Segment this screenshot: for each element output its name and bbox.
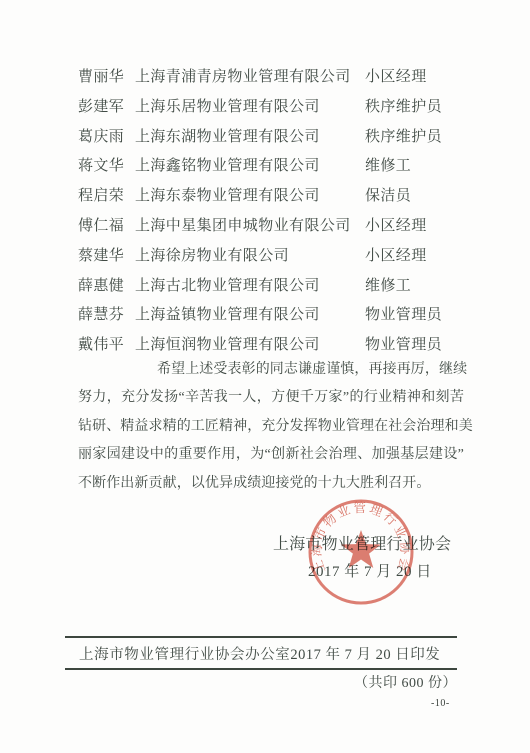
awardee-company: 上海乐居物业管理有限公司 (135, 93, 320, 123)
awardee-title: 保洁员 (365, 182, 411, 212)
awardee-name: 傅仁福 (78, 212, 124, 242)
closing-paragraph: 希望上述受表彰的同志谦虚谨慎，再接再厉，继续 努力，充分发扬“辛苦我一人，方便千… (78, 356, 464, 498)
awardee-title: 小区经理 (365, 63, 427, 93)
awardee-company: 上海东泰物业管理有限公司 (135, 182, 320, 212)
table-row: 蔡建华 上海徐房物业有限公司 小区经理 (78, 242, 478, 272)
awardee-name: 曹丽华 (78, 63, 124, 93)
awardee-title: 秩序维护员 (365, 123, 442, 153)
awardee-name: 程启荣 (78, 182, 124, 212)
awardee-title: 小区经理 (365, 212, 427, 242)
awardee-name: 葛庆雨 (78, 123, 124, 153)
table-row: 程启荣 上海东泰物业管理有限公司 保洁员 (78, 182, 478, 212)
awardee-title: 维修工 (365, 272, 411, 302)
awardee-company: 上海青浦青房物业管理有限公司 (135, 63, 351, 93)
table-row: 曹丽华 上海青浦青房物业管理有限公司 小区经理 (78, 63, 478, 93)
awardee-title: 小区经理 (365, 242, 427, 272)
paragraph-line: 努力，充分发扬“辛苦我一人，方便千万家”的行业精神和刻苦 (78, 384, 464, 412)
awardee-table: 曹丽华 上海青浦青房物业管理有限公司 小区经理 彭建军 上海乐居物业管理有限公司… (78, 63, 478, 361)
footer-bar: 上海市物业管理行业协会办公室 2017 年 7 月 20 日印发 (65, 636, 457, 670)
table-row: 薛慧芬 上海益镇物业管理有限公司 物业管理员 (78, 301, 478, 331)
awardee-name: 蔡建华 (78, 242, 124, 272)
footer-office: 上海市物业管理行业协会办公室 (79, 643, 290, 664)
paragraph-line: 不断作出新贡献，以优异成绩迎接党的十九大胜利召开。 (78, 470, 464, 498)
awardee-company: 上海东湖物业管理有限公司 (135, 123, 320, 153)
awardee-company: 上海中星集团申城物业有限公司 (135, 212, 351, 242)
seal-star-icon (341, 530, 381, 568)
page-number: -10- (431, 698, 450, 709)
table-row: 蒋文华 上海鑫铭物业管理有限公司 维修工 (78, 152, 478, 182)
awardee-company: 上海益镇物业管理有限公司 (135, 301, 320, 331)
paragraph-line: 希望上述受表彰的同志谦虚谨慎，再接再厉，继续 (78, 356, 464, 384)
table-row: 薛惠健 上海古北物业管理有限公司 维修工 (78, 272, 478, 302)
paragraph-line: 丽家园建设中的重要作用，为“创新社会治理、加强基层建设” (78, 441, 464, 469)
table-row: 葛庆雨 上海东湖物业管理有限公司 秩序维护员 (78, 123, 478, 153)
paragraph-line: 钻研、精益求精的工匠精神，充分发挥物业管理在社会治理和美 (78, 413, 464, 441)
awardee-title: 物业管理员 (365, 301, 442, 331)
awardee-title: 秩序维护员 (365, 93, 442, 123)
awardee-company: 上海徐房物业有限公司 (135, 242, 289, 272)
awardee-company: 上海鑫铭物业管理有限公司 (135, 152, 320, 182)
official-seal-stamp-icon: 上海市物业管理行业协会 (306, 497, 416, 607)
awardee-name: 彭建军 (78, 93, 124, 123)
awardee-title: 维修工 (365, 152, 411, 182)
print-copies: （共印 600 份） (354, 672, 457, 692)
awardee-name: 蒋文华 (78, 152, 124, 182)
awardee-name: 薛惠健 (78, 272, 124, 302)
table-row: 彭建军 上海乐居物业管理有限公司 秩序维护员 (78, 93, 478, 123)
footer-print-date: 2017 年 7 月 20 日印发 (290, 643, 440, 664)
table-row: 傅仁福 上海中星集团申城物业有限公司 小区经理 (78, 212, 478, 242)
document-page: 曹丽华 上海青浦青房物业管理有限公司 小区经理 彭建军 上海乐居物业管理有限公司… (0, 0, 530, 753)
awardee-name: 薛慧芬 (78, 301, 124, 331)
awardee-company: 上海古北物业管理有限公司 (135, 272, 320, 302)
